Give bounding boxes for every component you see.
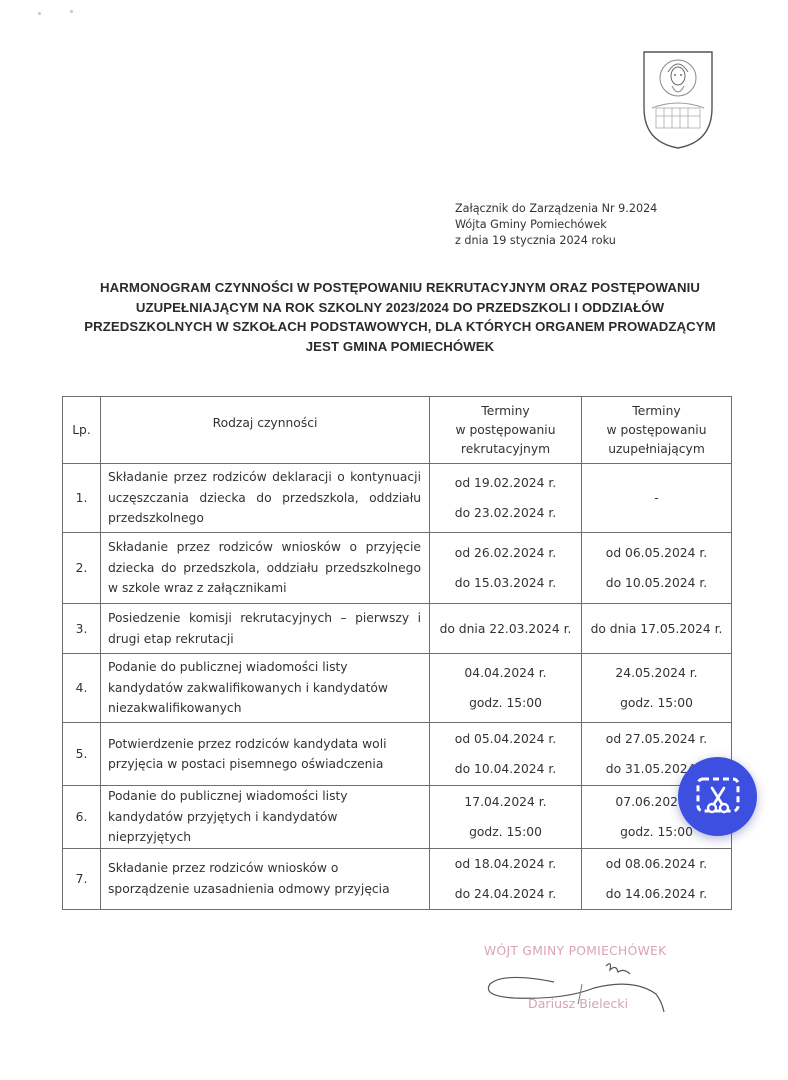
annex-line: Załącznik do Zarządzenia Nr 9.2024 [455, 201, 657, 217]
date-line: godz. 15:00 [430, 817, 581, 847]
supplementary-dates-cell: 24.05.2024 r.godz. 15:00 [582, 654, 732, 723]
recruitment-dates-cell: do dnia 22.03.2024 r. [430, 604, 582, 654]
table-header-row: Lp. Rodzaj czynności Terminy w postępowa… [63, 397, 732, 464]
table-row: 7.Składanie przez rodziców wniosków o sp… [63, 848, 732, 909]
date-line: do 14.06.2024 r. [582, 879, 731, 909]
activity-cell: Podanie do publicznej wiadomości listy k… [101, 786, 430, 849]
header-line: uzupełniającym [582, 440, 731, 459]
date-line: 04.04.2024 r. [430, 658, 581, 688]
activity-cell: Składanie przez rodziców wniosków o przy… [101, 533, 430, 604]
row-number: 6. [63, 786, 101, 849]
recruitment-dates-cell: od 19.02.2024 r.do 23.02.2024 r. [430, 464, 582, 533]
date-line: godz. 15:00 [430, 688, 581, 718]
schedule-table: Lp. Rodzaj czynności Terminy w postępowa… [62, 396, 732, 910]
row-number: 7. [63, 848, 101, 909]
table-row: 4.Podanie do publicznej wiadomości listy… [63, 654, 732, 723]
header-line: w postępowaniu [582, 421, 731, 440]
date-line: do dnia 17.05.2024 r. [582, 614, 731, 644]
activity-cell: Podanie do publicznej wiadomości listy k… [101, 654, 430, 723]
supplementary-dates-cell: do dnia 17.05.2024 r. [582, 604, 732, 654]
title-line: PRZEDSZKOLNYCH W SZKOŁACH PODSTAWOWYCH, … [70, 317, 730, 337]
annex-reference: Załącznik do Zarządzenia Nr 9.2024 Wójta… [455, 201, 657, 249]
header-line: rekrutacyjnym [430, 440, 581, 459]
title-line: HARMONOGRAM CZYNNOŚCI W POSTĘPOWANIU REK… [70, 278, 730, 298]
table-row: 1.Składanie przez rodziców deklaracji o … [63, 464, 732, 533]
supplementary-dates-cell: od 08.06.2024 r.do 14.06.2024 r. [582, 848, 732, 909]
activity-text: Podanie do publicznej wiadomości listy k… [101, 657, 429, 719]
header-line: Terminy [430, 402, 581, 421]
signature-stamp: WÓJT GMINY POMIECHÓWEK Dariusz Bielecki [484, 944, 704, 1016]
row-number: 4. [63, 654, 101, 723]
activity-cell: Składanie przez rodziców wniosków o spor… [101, 848, 430, 909]
date-line: - [582, 483, 731, 513]
recruitment-dates-cell: od 26.02.2024 r.do 15.03.2024 r. [430, 533, 582, 604]
activity-text: Podanie do publicznej wiadomości listy k… [101, 786, 429, 848]
row-number: 3. [63, 604, 101, 654]
recruitment-dates-cell: 04.04.2024 r.godz. 15:00 [430, 654, 582, 723]
supplementary-dates-cell: - [582, 464, 732, 533]
coat-of-arms-icon [642, 50, 714, 150]
row-number: 5. [63, 723, 101, 786]
activity-text: Potwierdzenie przez rodziców kandydata w… [101, 734, 429, 775]
date-line: do 10.04.2024 r. [430, 754, 581, 784]
header-line: Terminy [582, 402, 731, 421]
header-lp: Lp. [63, 397, 101, 464]
annex-line: Wójta Gminy Pomiechówek [455, 217, 657, 233]
row-number: 2. [63, 533, 101, 604]
header-activity: Rodzaj czynności [101, 397, 430, 464]
date-line: od 05.04.2024 r. [430, 724, 581, 754]
date-line: od 18.04.2024 r. [430, 849, 581, 879]
table-row: 3.Posiedzenie komisji rekrutacyjnych – p… [63, 604, 732, 654]
scan-speck [70, 10, 73, 13]
screenshot-scissors-icon [695, 776, 741, 818]
activity-text: Posiedzenie komisji rekrutacyjnych – pie… [101, 608, 429, 649]
date-line: od 19.02.2024 r. [430, 468, 581, 498]
date-line: godz. 15:00 [582, 688, 731, 718]
activity-text: Składanie przez rodziców wniosków o spor… [101, 858, 429, 899]
activity-text: Składanie przez rodziców deklaracji o ko… [101, 467, 429, 529]
annex-line: z dnia 19 stycznia 2024 roku [455, 233, 657, 249]
recruitment-dates-cell: 17.04.2024 r.godz. 15:00 [430, 786, 582, 849]
stamp-name: Dariusz Bielecki [528, 996, 628, 1011]
date-line: od 27.05.2024 r. [582, 724, 731, 754]
title-line: UZUPEŁNIAJĄCYM NA ROK SZKOLNY 2023/2024 … [70, 298, 730, 318]
date-line: do 24.04.2024 r. [430, 879, 581, 909]
screenshot-capture-button[interactable] [678, 757, 757, 836]
header-recruitment: Terminy w postępowaniu rekrutacyjnym [430, 397, 582, 464]
scan-speck [38, 12, 41, 15]
recruitment-dates-cell: od 18.04.2024 r.do 24.04.2024 r. [430, 848, 582, 909]
date-line: do 23.02.2024 r. [430, 498, 581, 528]
activity-text: Składanie przez rodziców wniosków o przy… [101, 537, 429, 599]
date-line: do 15.03.2024 r. [430, 568, 581, 598]
header-line: w postępowaniu [430, 421, 581, 440]
activity-cell: Posiedzenie komisji rekrutacyjnych – pie… [101, 604, 430, 654]
table-row: 6.Podanie do publicznej wiadomości listy… [63, 786, 732, 849]
activity-cell: Składanie przez rodziców deklaracji o ko… [101, 464, 430, 533]
date-line: 24.05.2024 r. [582, 658, 731, 688]
date-line: od 06.05.2024 r. [582, 538, 731, 568]
date-line: do dnia 22.03.2024 r. [430, 614, 581, 644]
row-number: 1. [63, 464, 101, 533]
date-line: od 08.06.2024 r. [582, 849, 731, 879]
supplementary-dates-cell: od 06.05.2024 r.do 10.05.2024 r. [582, 533, 732, 604]
title-line: JEST GMINA POMIECHÓWEK [70, 337, 730, 357]
date-line: 17.04.2024 r. [430, 787, 581, 817]
activity-cell: Potwierdzenie przez rodziców kandydata w… [101, 723, 430, 786]
header-supplementary: Terminy w postępowaniu uzupełniającym [582, 397, 732, 464]
recruitment-dates-cell: od 05.04.2024 r.do 10.04.2024 r. [430, 723, 582, 786]
date-line: do 10.05.2024 r. [582, 568, 731, 598]
table-row: 2.Składanie przez rodziców wniosków o pr… [63, 533, 732, 604]
date-line: od 26.02.2024 r. [430, 538, 581, 568]
table-row: 5.Potwierdzenie przez rodziców kandydata… [63, 723, 732, 786]
document-title: HARMONOGRAM CZYNNOŚCI W POSTĘPOWANIU REK… [70, 278, 730, 356]
